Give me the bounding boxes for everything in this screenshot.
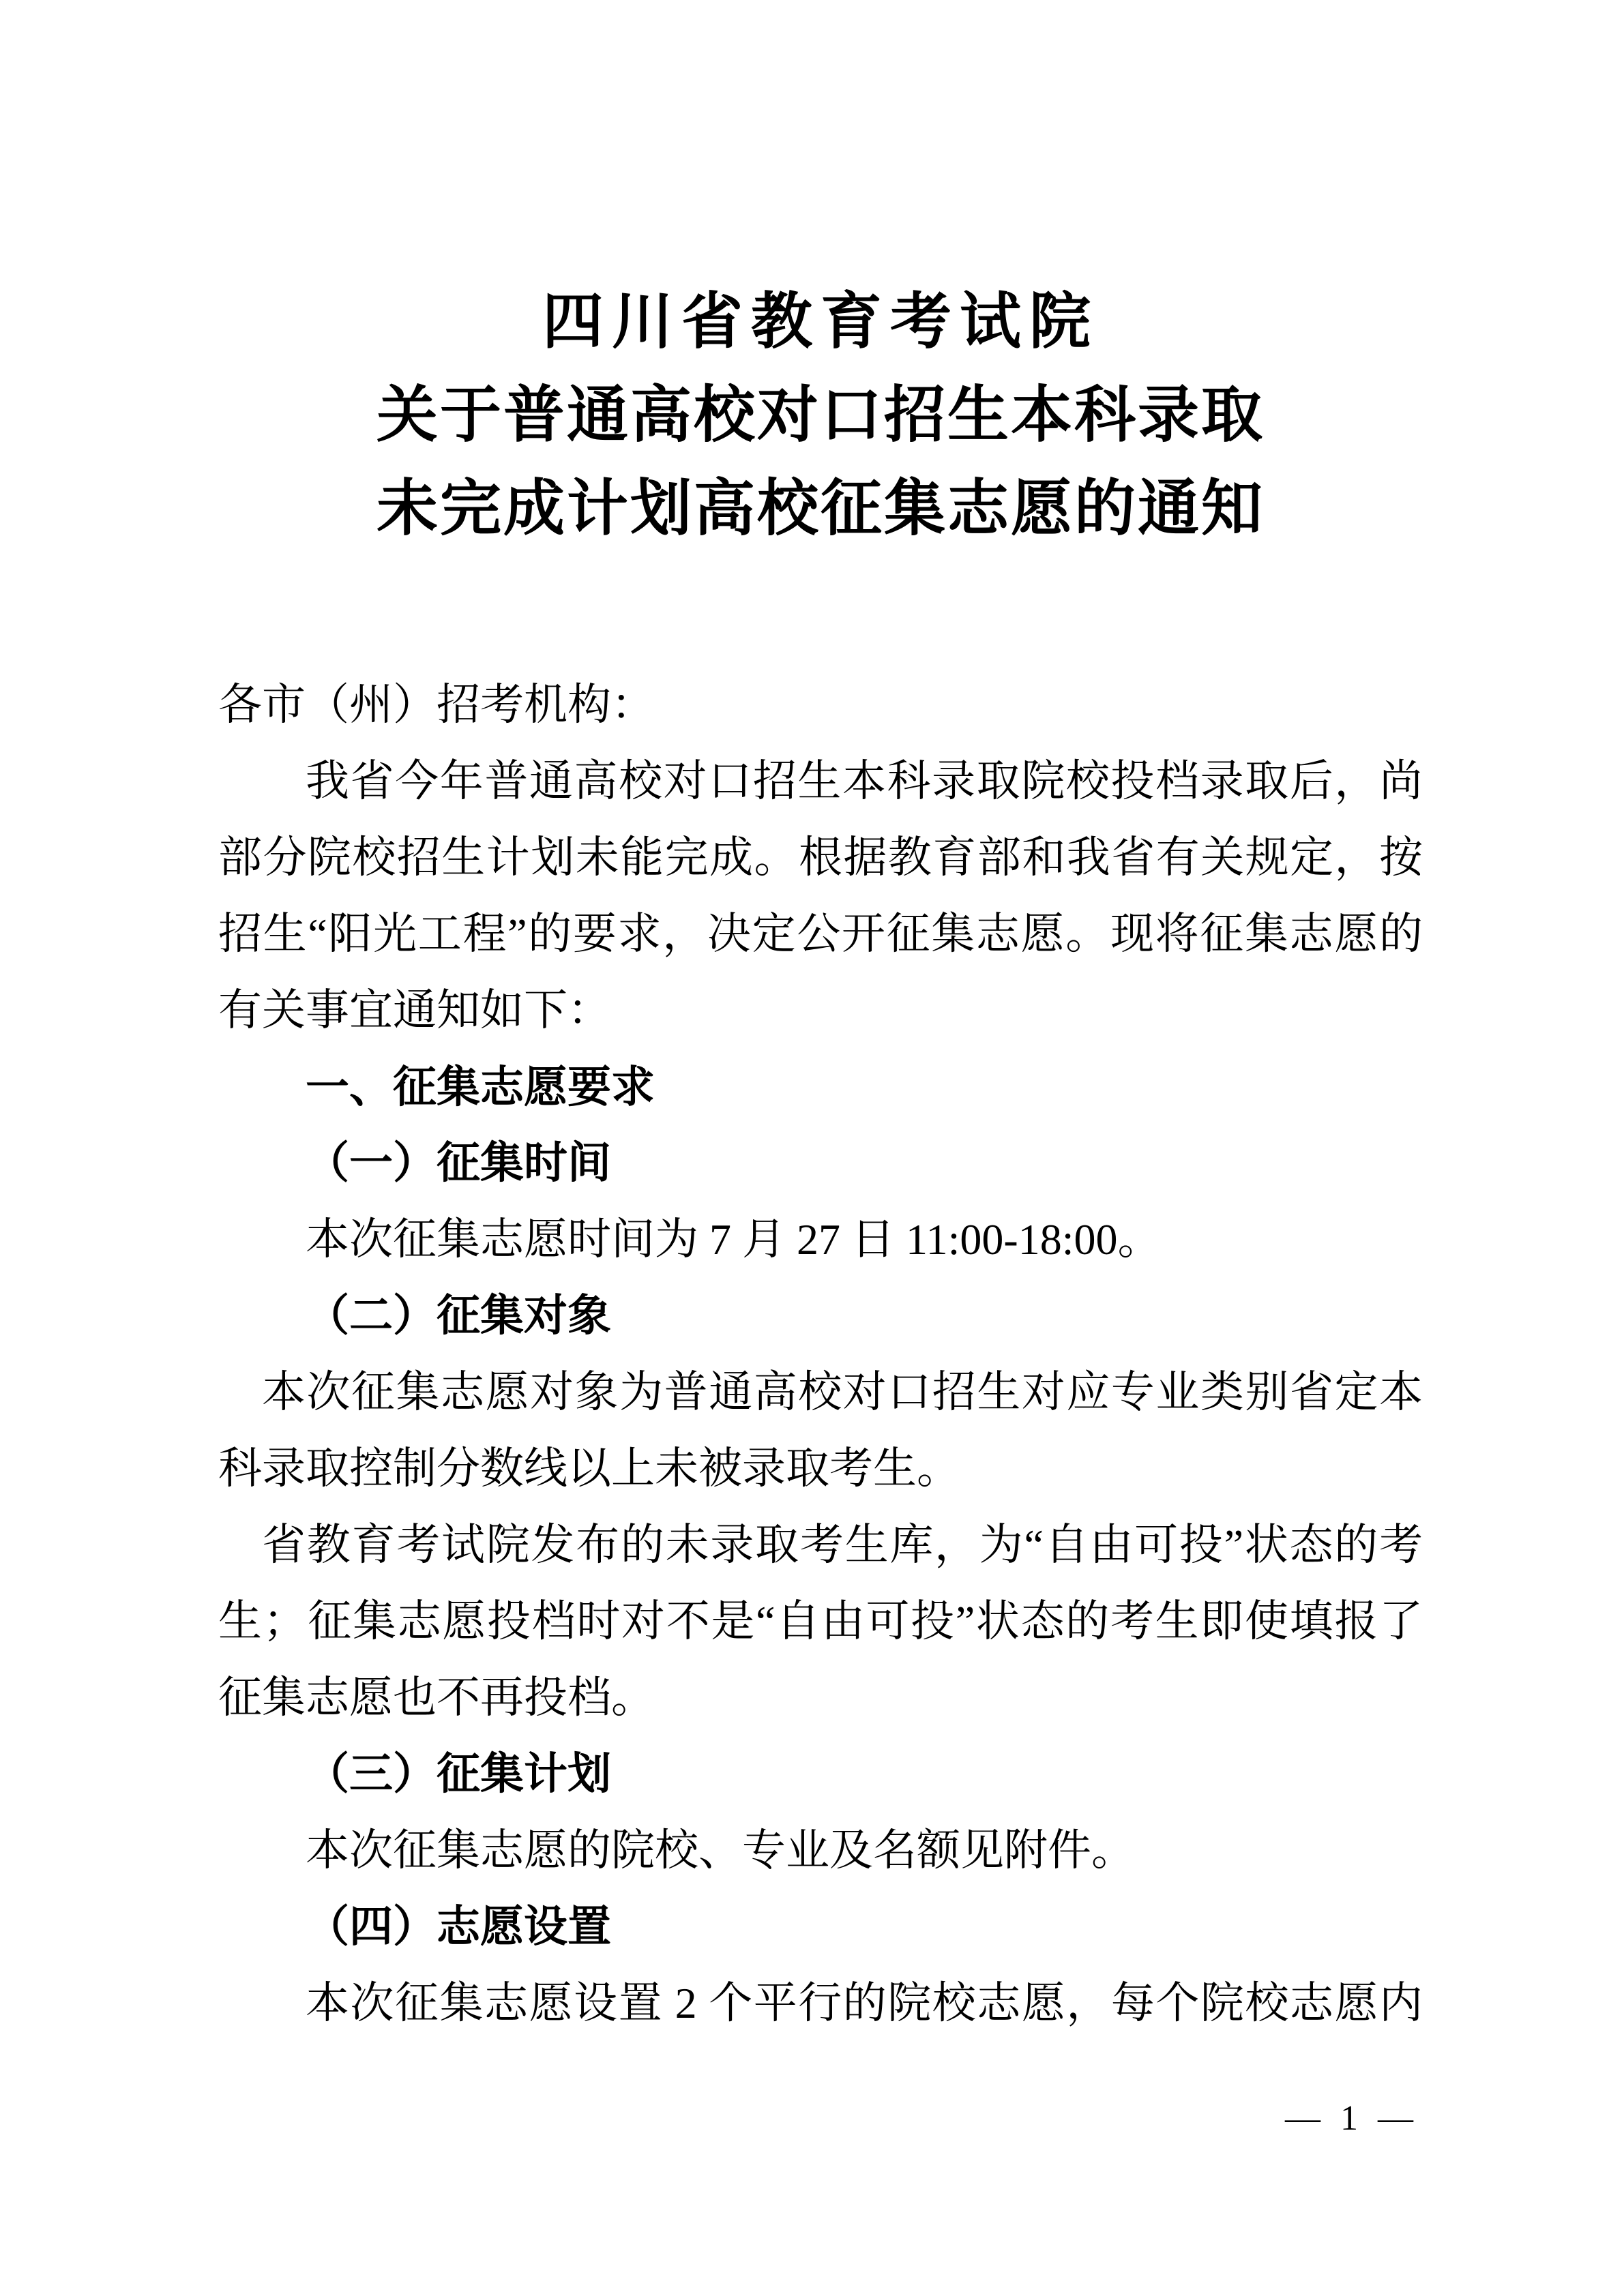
subsection-heading-time: （一）征集时间 [218,1125,1423,1202]
paragraph-status-line-3: 征集志愿也不再投档。 [218,1660,1423,1736]
section-heading-1: 一、征集志愿要求 [218,1049,1423,1125]
page-number: — 1 — [1285,2099,1419,2138]
paragraph-status-line-2: 生；征集志愿投档时对不是“自由可投”状态的考生即使填报了 [218,1583,1423,1660]
paragraph-target-line-1: 本次征集志愿对象为普通高校对口招生对应专业类别省定本 [218,1354,1423,1431]
subsection-heading-setup: （四）志愿设置 [218,1889,1423,1965]
paragraph-status-line-1: 省教育考试院发布的未录取考生库，为“自由可投”状态的考 [218,1507,1423,1583]
subsection-heading-target: （二）征集对象 [218,1278,1423,1354]
intro-paragraph-line-4: 有关事宜通知如下： [218,972,1423,1049]
paragraph-plan: 本次征集志愿的院校、专业及名额见附件。 [218,1813,1423,1889]
intro-paragraph-line-1: 我省今年普通高校对口招生本科录取院校投档录取后，尚有 [218,743,1423,820]
paragraph-target-line-2: 科录取控制分数线以上未被录取考生。 [218,1431,1423,1507]
title-line-issuer: 四川省教育考试院 [218,275,1423,369]
subsection-heading-plan: （三）征集计划 [218,1736,1423,1813]
title-line-subject-1: 关于普通高校对口招生本科录取 [218,369,1423,462]
document-body: 各市（州）招考机构： 我省今年普通高校对口招生本科录取院校投档录取后，尚有 部分… [218,667,1423,2042]
document-page: 四川省教育考试院 关于普通高校对口招生本科录取 未完成计划高校征集志愿的通知 各… [0,0,1624,2296]
salutation: 各市（州）招考机构： [218,667,1423,743]
document-title: 四川省教育考试院 关于普通高校对口招生本科录取 未完成计划高校征集志愿的通知 [218,275,1423,556]
paragraph-time: 本次征集志愿时间为 7 月 27 日 11:00-18:00。 [218,1202,1423,1278]
paragraph-setup-line-1: 本次征集志愿设置 2 个平行的院校志愿，每个院校志愿内设 [218,1965,1423,2042]
intro-paragraph-line-2: 部分院校招生计划未能完成。根据教育部和我省有关规定，按照 [218,820,1423,896]
intro-paragraph-line-3: 招生“阳光工程”的要求，决定公开征集志愿。现将征集志愿的 [218,896,1423,972]
title-line-subject-2: 未完成计划高校征集志愿的通知 [218,462,1423,556]
